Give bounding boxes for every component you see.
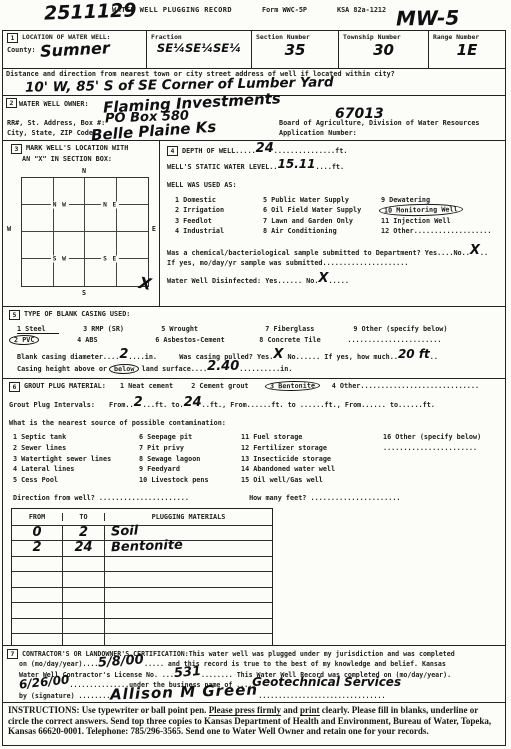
section3-number: 3 (11, 144, 22, 154)
well-used-as-label: WELL WAS USED AS: (167, 181, 505, 189)
section2-owner-box: 2 WATER WELL OWNER: Flaming Investments … (2, 95, 506, 141)
from-header: FROM (12, 513, 62, 521)
contamination-question: What is the nearest source of possible c… (9, 419, 505, 427)
section-grid: N W N E S W S E X (21, 177, 149, 287)
sample-date-line: If yes, mo/day/yr sample was submitted..… (167, 259, 505, 267)
casing-pulled-x-mark: X (273, 351, 283, 358)
section5-casing-box: 5TYPE OF BLANK CASING USED: 1 Steel 3 RM… (2, 306, 506, 379)
contamination-column-3: 11 Fuel storage 12 Fertilizer storage 13… (241, 432, 383, 486)
signature-value: Allison M Green (110, 687, 258, 699)
range-cell: Range Number 1E (428, 31, 505, 68)
static-level-value: 15.11 (278, 161, 316, 168)
compass-se-label: S E (101, 256, 119, 263)
city-label: City, State, ZIP Code : (7, 129, 101, 137)
table-row: 2 24 Bentonite (12, 540, 272, 556)
section-number-value: 35 (285, 41, 306, 59)
section3-title-line1: MARK WELL'S LOCATION WITH (26, 144, 128, 152)
county-value: Sumner (39, 38, 110, 61)
grout-intervals-label: Grout Plug Intervals: (9, 401, 95, 409)
owner-label: WATER WELL OWNER: (19, 100, 89, 108)
distance-value: 10' W, 85' S of SE Corner of Lumber Yard (25, 74, 334, 95)
section6-number: 6 (9, 382, 20, 392)
direction-from-well-question: Direction from well? ...................… (13, 494, 245, 502)
plugged-date-value: 5/8/00 (98, 657, 144, 667)
section1-location-box: 1LOCATION OF WATER WELL: County: Sumner … (2, 30, 506, 69)
compass-west-label: W (7, 225, 11, 233)
section5-title: TYPE OF BLANK CASING USED: (24, 310, 130, 318)
plug-table-header-row: FROM TO PLUGGING MATERIALS (12, 509, 272, 525)
casing-diameter-label: Blank casing diameter.... (17, 353, 119, 361)
well-id-handwritten: MW-5 (396, 5, 460, 30)
section1-number: 1 (7, 33, 18, 43)
section4-well-details: 4DEPTH OF WELL.....24...............ft. … (160, 141, 505, 306)
section4-number: 4 (167, 146, 178, 156)
casing-height-value: 2.40 (207, 363, 239, 370)
section5-number: 5 (9, 310, 20, 320)
fraction-label: Fraction (147, 31, 251, 41)
disinfected-question: Water Well Disinfected: Yes...... No. (167, 277, 318, 285)
section6-title: GROUT PLUG MATERIAL: (24, 382, 106, 390)
sample-no-x-mark: X (470, 247, 480, 254)
table-row (12, 556, 272, 572)
township-value: 30 (373, 41, 394, 59)
section3-title-line2: AN "X" IN SECTION BOX: (3, 154, 159, 163)
compass-sw-label: S W (51, 256, 69, 263)
form-header: 2511129 WATER WELL PLUGGING RECORD Form … (0, 0, 511, 30)
compass-south-label: S (21, 289, 147, 297)
section7-certification-box: 7CONTRACTOR'S OR LANDOWNER'S CERTIFICATI… (2, 645, 506, 703)
water-well-plugging-record-form: 2511129 WATER WELL PLUGGING RECORD Form … (0, 0, 511, 749)
section3-mark-location: 3MARK WELL'S LOCATION WITH AN "X" IN SEC… (3, 141, 160, 306)
statute-number: KSA 82a-1212 (337, 6, 386, 14)
materials-header: PLUGGING MATERIALS (104, 513, 272, 521)
grout-from-value: 2 (134, 399, 143, 406)
range-label: Range Number (429, 31, 505, 41)
business-name-value: Geotechnical Services (252, 679, 401, 686)
certification-line1: CONTRACTOR'S OR LANDOWNER'S CERTIFICATIO… (22, 650, 455, 658)
to-header: TO (62, 513, 104, 521)
how-many-feet-question: How many feet? ...................... (249, 494, 400, 502)
section-number-label: Section Number (252, 31, 338, 41)
section2-number: 2 (6, 98, 17, 108)
compass-nw-label: N W (51, 202, 69, 209)
casing-steel-option: 1 Steel (17, 325, 59, 334)
township-cell: Township Number 30 (338, 31, 428, 68)
casing-height-label: Casing height above or (17, 365, 111, 373)
contamination-column-4: 16 Other (specify below) ...............… (383, 432, 481, 486)
depth-value: 24 (256, 145, 274, 152)
uses-column-2: 5 Public Water Supply 6 Oil Field Water … (263, 195, 381, 237)
casing-pvc-circled: 2 PVC (9, 335, 40, 346)
instructions-text: INSTRUCTIONS: Use typewriter or ball poi… (8, 705, 209, 715)
table-row (12, 571, 272, 587)
township-label: Township Number (339, 31, 428, 41)
application-number-label: Application Number: (279, 129, 357, 137)
table-row (12, 618, 272, 634)
section-number-cell: Section Number 35 (251, 31, 338, 68)
form-title: WATER WELL PLUGGING RECORD (112, 6, 232, 14)
press-firmly-underlined: Please press firmly (209, 705, 281, 716)
table-row (12, 587, 272, 603)
casing-diameter-value: 2 (119, 351, 128, 358)
static-level-label: WELL'S STATIC WATER LEVEL.. (167, 163, 278, 171)
fraction-cell: Fraction SE¼SE¼SE¼ (146, 31, 251, 68)
bentonite-circled: 3 Bentonite (265, 381, 320, 392)
board-label: Board of Agriculture, Division of Water … (279, 119, 480, 127)
form-number: Form WWC-5P (262, 6, 307, 14)
uses-column-3: 9 Dewatering 10 Monitoring Well 11 Injec… (381, 195, 492, 237)
table-row (12, 602, 272, 618)
section7-number: 7 (7, 649, 18, 659)
disinfected-no-x-mark: X (318, 275, 328, 282)
compass-north-label: N (21, 167, 147, 175)
record-completed-date-value: 6/26/00 (19, 676, 70, 688)
instructions-box: INSTRUCTIONS: Use typewriter or ball poi… (2, 702, 506, 746)
section3-4-box: 3MARK WELL'S LOCATION WITH AN "X" IN SEC… (2, 140, 506, 307)
grout-to-value: 24 (184, 399, 202, 406)
uses-column-1: 1 Domestic 2 Irrigation 3 Feedlot 4 Indu… (175, 195, 263, 237)
license-number-value: 531 (174, 667, 202, 676)
compass-ne-label: N E (101, 202, 119, 209)
sample-question: Was a chemical/bacteriological sample su… (167, 249, 453, 257)
fraction-value: SE¼SE¼SE¼ (157, 41, 241, 55)
below-circled: below (109, 364, 140, 375)
depth-label: DEPTH OF WELL..... (182, 147, 256, 155)
plugging-materials-table: FROM TO PLUGGING MATERIALS 0 2 Soil 2 24… (11, 508, 273, 650)
casing-pulled-amount: 20 ft (398, 351, 430, 358)
range-value: 1E (457, 41, 478, 59)
section6-grout-box: 6GROUT PLUG MATERIAL: 1 Neat cement 2 Ce… (2, 378, 506, 646)
contamination-column-1: 1 Septic tank 2 Sewer lines 3 Watertight… (13, 432, 139, 486)
contamination-column-2: 6 Seepage pit 7 Pit privy 8 Sewage lagoo… (139, 432, 241, 486)
print-underlined: print (300, 705, 320, 716)
compass-east-label: E (152, 225, 156, 233)
county-label: County: (7, 46, 36, 54)
county-cell: 1LOCATION OF WATER WELL: County: Sumner (3, 31, 146, 68)
